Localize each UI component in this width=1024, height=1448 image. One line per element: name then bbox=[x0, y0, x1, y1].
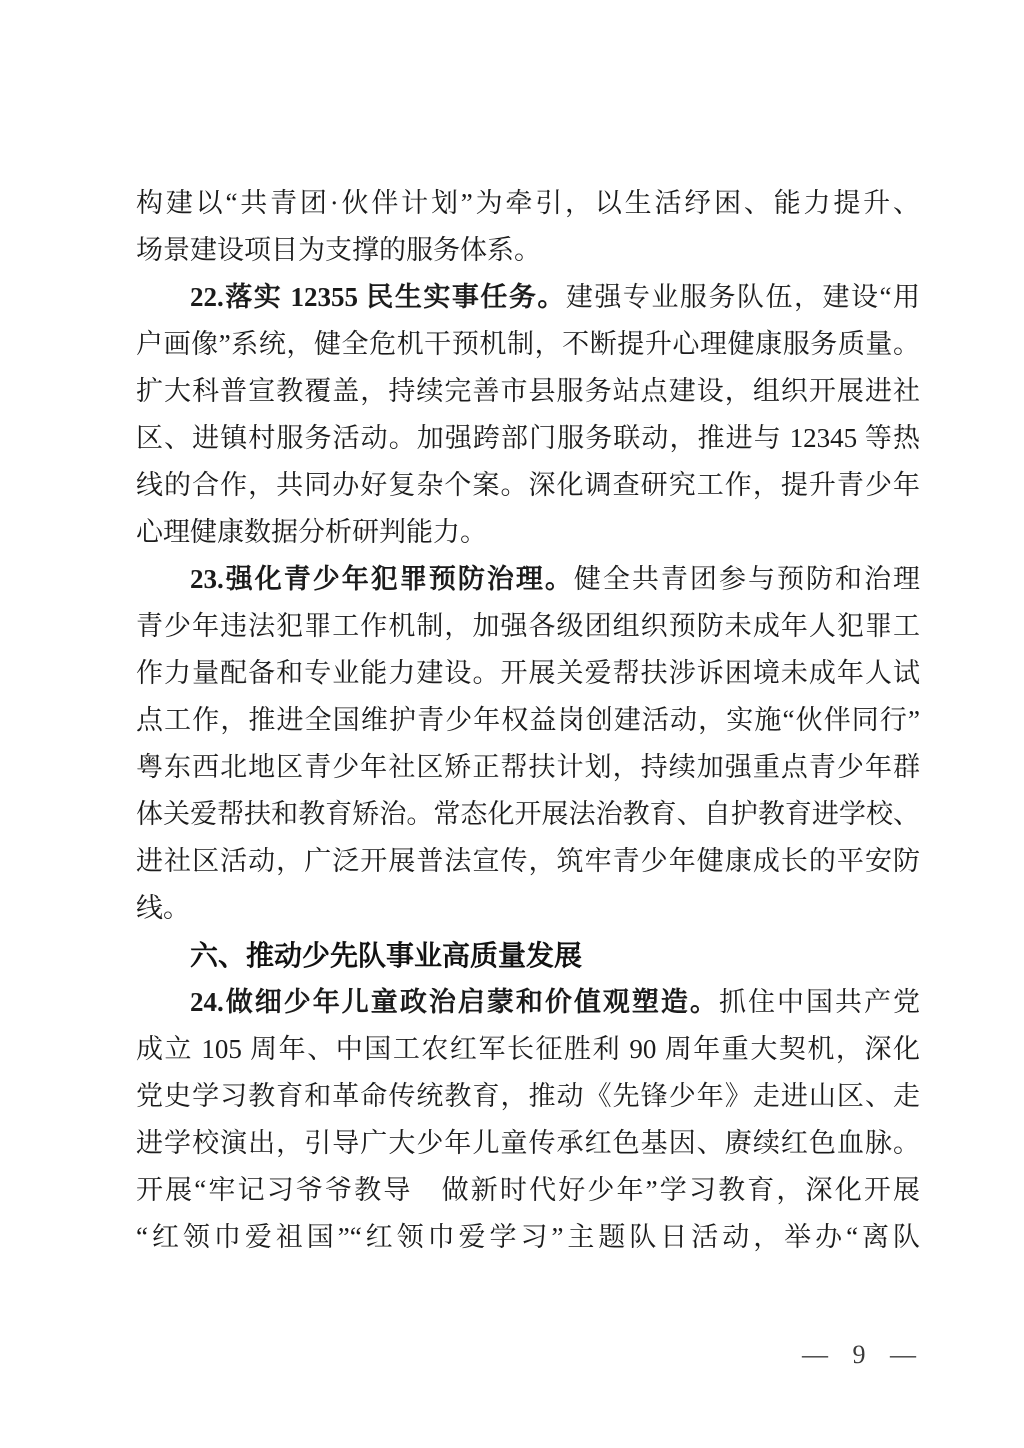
text-line: 点工作，推进全国维护青少年权益岗创建活动，实施“伙伴同行” bbox=[136, 697, 920, 744]
paragraph: 构建以“共青团·伙伴计划”为牵引，以生活纾困、能力提升、场景建设项目为支撑的服务… bbox=[136, 180, 920, 274]
paragraph-lead: 24.做细少年儿童政治启蒙和价值观塑造。 bbox=[190, 987, 719, 1017]
text-line: 场景建设项目为支撑的服务体系。 bbox=[136, 227, 920, 274]
paragraph: 22.落实 12355 民生实事任务。建强专业服务队伍，建设“用户画像”系统，健… bbox=[136, 274, 920, 556]
document-page: 构建以“共青团·伙伴计划”为牵引，以生活纾困、能力提升、场景建设项目为支撑的服务… bbox=[0, 0, 1024, 1448]
page-number: — 9 — bbox=[802, 1338, 920, 1372]
text-line: 体关爱帮扶和教育矫治。常态化开展法治教育、自护教育进学校、 bbox=[136, 791, 920, 838]
paragraph: 23.强化青少年犯罪预防治理。健全共青团参与预防和治理青少年违法犯罪工作机制，加… bbox=[136, 556, 920, 932]
text-line: 党史学习教育和革命传统教育，推动《先锋少年》走进山区、走 bbox=[136, 1073, 920, 1120]
paragraph-lead: 22.落实 12355 民生实事任务。 bbox=[190, 282, 566, 312]
text-line: 粤东西北地区青少年社区矫正帮扶计划，持续加强重点青少年群 bbox=[136, 744, 920, 791]
text-line: 23.强化青少年犯罪预防治理。健全共青团参与预防和治理 bbox=[136, 556, 920, 603]
text-line: 户画像”系统，健全危机干预机制，不断提升心理健康服务质量。 bbox=[136, 321, 920, 368]
text-line: 22.落实 12355 民生实事任务。建强专业服务队伍，建设“用 bbox=[136, 274, 920, 321]
text-line: 青少年违法犯罪工作机制，加强各级团组织预防未成年人犯罪工 bbox=[136, 603, 920, 650]
text-line: 扩大科普宣教覆盖，持续完善市县服务站点建设，组织开展进社 bbox=[136, 368, 920, 415]
text-line: 线的合作，共同办好复杂个案。深化调查研究工作，提升青少年 bbox=[136, 462, 920, 509]
text-line: 进社区活动，广泛开展普法宣传，筑牢青少年健康成长的平安防 bbox=[136, 838, 920, 885]
text-line: 24.做细少年儿童政治启蒙和价值观塑造。抓住中国共产党 bbox=[136, 979, 920, 1026]
text-line: 构建以“共青团·伙伴计划”为牵引，以生活纾困、能力提升、 bbox=[136, 180, 920, 227]
text-line: 进学校演出，引导广大少年儿童传承红色基因、赓续红色血脉。 bbox=[136, 1120, 920, 1167]
document-body: 构建以“共青团·伙伴计划”为牵引，以生活纾困、能力提升、场景建设项目为支撑的服务… bbox=[136, 180, 920, 1261]
text-line: 心理健康数据分析研判能力。 bbox=[136, 509, 920, 556]
text-line: “红领巾爱祖国”“红领巾爱学习”主题队日活动，举办“离队 bbox=[136, 1214, 920, 1261]
section-heading: 六、推动少先队事业高质量发展 bbox=[136, 932, 920, 979]
text-line: 成立 105 周年、中国工农红军长征胜利 90 周年重大契机，深化 bbox=[136, 1026, 920, 1073]
text-line: 开展“牢记习爷爷教导 做新时代好少年”学习教育，深化开展 bbox=[136, 1167, 920, 1214]
text-line: 线。 bbox=[136, 885, 920, 932]
paragraph-lead: 23.强化青少年犯罪预防治理。 bbox=[190, 564, 574, 594]
text-line: 作力量配备和专业能力建设。开展关爱帮扶涉诉困境未成年人试 bbox=[136, 650, 920, 697]
paragraph: 24.做细少年儿童政治启蒙和价值观塑造。抓住中国共产党成立 105 周年、中国工… bbox=[136, 979, 920, 1261]
text-line: 区、进镇村服务活动。加强跨部门服务联动，推进与 12345 等热 bbox=[136, 415, 920, 462]
